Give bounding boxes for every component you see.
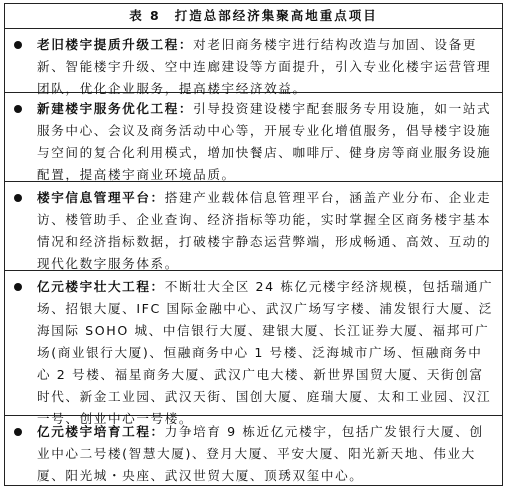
project-row: 楼宇信息管理平台：搭建产业载体信息管理平台，涵盖产业分布、企业走访、楼管助手、企… bbox=[5, 182, 502, 271]
key-projects-table: 表 8打造总部经济集聚高地重点项目 老旧楼宇提质升级工程：对老旧商务楼宇进行结构… bbox=[4, 3, 503, 486]
project-title: 亿元楼宇培育工程： bbox=[37, 424, 165, 439]
project-row: 新建楼宇服务优化工程：引导投资建设楼宇配套服务专用设施，如一站式服务中心、会议及… bbox=[5, 93, 502, 182]
project-description: 不断壮大全区 24 栋亿元楼宇经济规模，包括瑞通广场、招银大厦、IFC 国际金融… bbox=[37, 279, 493, 426]
bullet-icon bbox=[14, 41, 22, 49]
project-row: 老旧楼宇提质升级工程：对老旧商务楼宇进行结构改造与加固、设备更新、智能楼宇升级、… bbox=[5, 29, 502, 93]
project-title: 楼宇信息管理平台： bbox=[37, 190, 165, 205]
table-number: 表 8 bbox=[129, 8, 161, 23]
bullet-icon bbox=[14, 283, 22, 291]
project-row: 亿元楼宇培育工程：力争培育 9 栋近亿元楼宇，包括广发银行大厦、创业中心二号楼(… bbox=[5, 416, 502, 485]
table-title: 打造总部经济集聚高地重点项目 bbox=[175, 8, 378, 23]
project-title: 新建楼宇服务优化工程： bbox=[37, 101, 193, 116]
project-title: 老旧楼宇提质升级工程： bbox=[37, 37, 193, 52]
project-row: 亿元楼宇壮大工程：不断壮大全区 24 栋亿元楼宇经济规模，包括瑞通广场、招银大厦… bbox=[5, 271, 502, 416]
project-title: 亿元楼宇壮大工程： bbox=[37, 279, 165, 294]
table-caption: 表 8打造总部经济集聚高地重点项目 bbox=[5, 4, 502, 29]
bullet-icon bbox=[14, 105, 22, 113]
bullet-icon bbox=[14, 194, 22, 202]
bullet-icon bbox=[14, 428, 22, 436]
